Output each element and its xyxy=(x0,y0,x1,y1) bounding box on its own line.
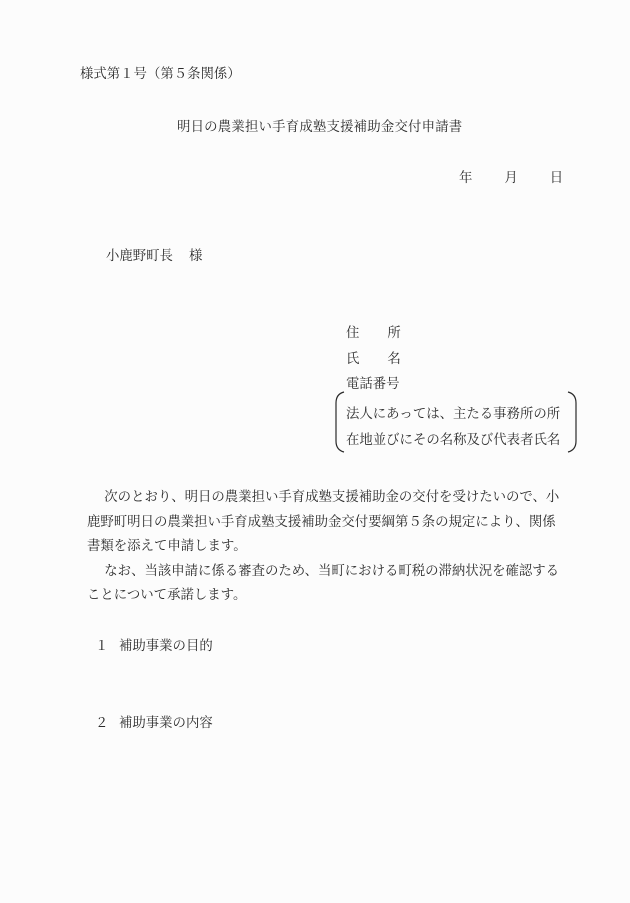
section-purpose: １補助事業の目的 xyxy=(95,640,213,653)
body-line: 書類を添えて申請します。 xyxy=(87,535,571,560)
phone-label: 電話番号 xyxy=(346,377,400,392)
corporate-note: 法人にあっては、主たる事務所の所 在地並びにその名称及び代表者氏名 xyxy=(334,391,578,453)
body-line: なお、当該申請に係る審査のため、当町における町税の滞納状況を確認する xyxy=(87,560,571,585)
applicant-name-row: 氏名 xyxy=(346,353,586,379)
addressee: 小鹿野町長様 xyxy=(106,250,202,263)
note-line: 在地並びにその名称及び代表者氏名 xyxy=(346,428,560,454)
name-label-part: 氏 xyxy=(346,352,359,367)
address-label-part: 住 xyxy=(346,326,359,341)
body-line: 次のとおり、明日の農業担い手育成塾支援補助金の交付を受けたいので、小 xyxy=(87,486,571,511)
application-body: 次のとおり、明日の農業担い手育成塾支援補助金の交付を受けたいので、小 鹿野町明日… xyxy=(87,486,571,609)
section-number: １ xyxy=(95,640,119,653)
body-line: 鹿野町明日の農業担い手育成塾支援補助金交付要綱第５条の規定により、関係 xyxy=(87,511,571,536)
section-content: ２補助事業の内容 xyxy=(95,717,213,730)
name-label: 氏名 xyxy=(346,353,401,366)
form-number: 様式第１号（第５条関係） xyxy=(80,68,241,81)
name-label-part: 名 xyxy=(387,352,400,367)
section-number: ２ xyxy=(95,717,119,730)
address-label: 住所 xyxy=(346,327,401,340)
document-title: 明日の農業担い手育成塾支援補助金交付申請書 xyxy=(177,121,462,134)
addressee-name: 小鹿野町長 xyxy=(106,249,173,264)
paragraph-request: 次のとおり、明日の農業担い手育成塾支援補助金の交付を受けたいので、小 鹿野町明日… xyxy=(87,486,571,560)
addressee-honorific: 様 xyxy=(189,249,202,264)
section-label: 補助事業の内容 xyxy=(119,716,213,731)
day-label: 日 xyxy=(550,172,563,185)
address-label-part: 所 xyxy=(387,326,400,341)
date-line: 年月日 xyxy=(459,172,563,185)
section-label: 補助事業の目的 xyxy=(119,639,213,654)
note-line: 法人にあっては、主たる事務所の所 xyxy=(346,402,560,428)
month-label: 月 xyxy=(504,172,517,185)
applicant-address-row: 住所 xyxy=(346,327,586,353)
body-line: ことについて承諾します。 xyxy=(87,584,571,609)
year-label: 年 xyxy=(459,172,472,185)
corporate-note-text: 法人にあっては、主たる事務所の所 在地並びにその名称及び代表者氏名 xyxy=(346,402,560,453)
paragraph-consent: なお、当該申請に係る審査のため、当町における町税の滞納状況を確認する ことについ… xyxy=(87,560,571,609)
